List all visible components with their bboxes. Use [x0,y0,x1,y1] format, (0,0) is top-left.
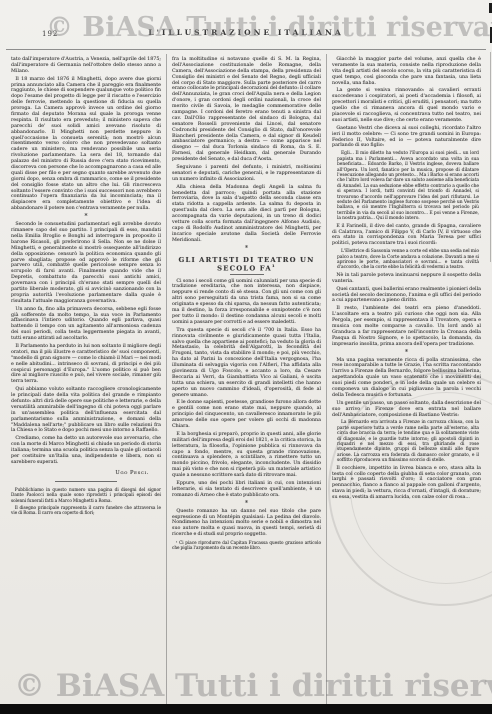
paragraph: Qui abbiamo voluto soltanto raccogliere … [11,387,161,434]
scan-edge-line [490,52,491,262]
footnote-marker: 1 [272,263,276,268]
quotation-paragraph: Egli... Il mio diletto ha veduto l'Europ… [337,151,479,221]
paragraph: Il resto, l'ambiente dei teatri era pien… [332,306,481,347]
paragraph: Nè in tali parole poteva insinuarsi nepp… [332,273,481,285]
paragraph: Tra questa specie di secoli c'è il '700 … [172,328,321,399]
footnote-paragraph: Pubblichiamo in questo numero una pagina… [11,487,161,503]
footnote-paragraph: Il disegno principale rappresenta il car… [11,505,161,516]
article-heading-text: GLI ARTISTI DI TEATRO UN SECOLO FA [179,256,315,273]
paragraph: E le donne sapienti, poetesse, grandiose… [172,400,321,429]
section-separator: * [332,350,481,356]
paragraph: Crediamo, come ha detto un autorevole su… [11,436,161,465]
section-separator: * [172,501,321,507]
paragraph: Il 18 marzo del 1876 il Minghetti, dopo … [11,77,161,212]
section-separator: * [11,214,161,220]
author-signature: Ugo Pesci. [11,470,149,476]
paragraph: Il Parlamento ha perduto in lui non solt… [11,344,161,385]
paragraph: Un anno fa, fino alla primavera decorsa,… [11,307,161,342]
paragraph: Questo romanzo ha un danno nel suo titol… [172,509,321,538]
paragraph: tato dall'imperatore d'Austria, a Venezi… [11,57,161,75]
article-heading: GLI ARTISTI DI TEATRO UN SECOLO FA1 [172,256,321,273]
heading-rule [230,274,264,275]
paragraph: fra la moltitudine si notavano quelle di… [172,57,321,163]
masthead-title: L'ILLUSTRAZIONE ITALIANA [0,28,492,37]
footnote-rule [55,481,117,482]
paragraph: Eppure, uno dei pochi libri italiani in … [172,481,321,499]
paragraph: La gente si veniva rinnovando: ai cavali… [332,88,481,123]
section-separator: * [172,246,321,252]
page-header: 192 L'ILLUSTRAZIONE ITALIANA [0,28,492,46]
column-left: tato dall'imperatore d'Austria, a Venezi… [6,54,166,714]
paragraph: Ci sono i secoli come gli uomini calunni… [172,279,321,326]
paragraph: Secondo le consuetudini parlamentari egl… [11,222,161,304]
column-middle: fra la moltitudine si notavano quelle di… [166,54,326,714]
footnote-paragraph: ¹ Ci piace riprodurre dal Capitan Fracas… [172,540,321,551]
header-rule [6,49,486,50]
paragraph: Seguivano i parenti del defunto, i minis… [172,165,321,183]
scanned-magazine-page: © BiASA Tutti i diritti riservati 192 L'… [0,0,492,714]
paragraph: E il Farinelli, il divo del canto, grand… [332,224,481,248]
article-footnote: ¹ Ci piace riprodurre dal Capitan Fracas… [172,540,321,551]
quotation-paragraph: L'Elettrice di Sassonia venne a corte ed… [337,249,479,271]
paragraph: E la borghesia si preparò, proprio in qu… [172,432,321,479]
paragraph: Giacchè la maggior parte del volume, anz… [332,57,481,86]
paragraph: Alla chiesa della Madonna degli Angeli l… [172,185,321,244]
paragraph: Gaetano Vestri che diceva ai suoi colleg… [332,126,481,150]
editorial-footnote: Pubblichiamo in questo numero una pagina… [11,487,161,515]
scan-edge-bar [0,704,492,714]
paragraph: Quei cantanti, quei ballerini erano real… [332,287,481,305]
